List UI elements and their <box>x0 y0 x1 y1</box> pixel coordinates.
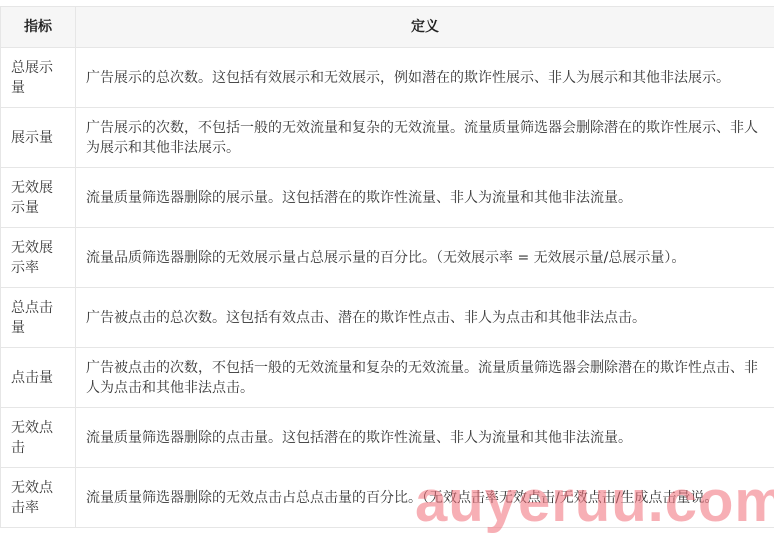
definition-cell: 流量质量筛选器删除的无效点击占总点击量的百分比。（无效点击率无效点击/无效点击/… <box>76 468 774 528</box>
metric-cell: 无效展示率 <box>1 228 76 288</box>
table-row: 展示量 广告展示的次数，不包括一般的无效流量和复杂的无效流量。流量质量筛选器会删… <box>1 108 774 168</box>
table-row: 无效点击率 流量质量筛选器删除的无效点击占总点击量的百分比。（无效点击率无效点击… <box>1 468 774 528</box>
table-row: 点击量 广告被点击的次数，不包括一般的无效流量和复杂的无效流量。流量质量筛选器会… <box>1 348 774 408</box>
definition-cell: 流量质量筛选器删除的展示量。这包括潜在的欺诈性流量、非人为流量和其他非法流量。 <box>76 168 774 228</box>
definitions-table-container: 指标 定义 总展示量 广告展示的总次数。这包括有效展示和无效展示，例如潜在的欺诈… <box>0 6 774 528</box>
metric-cell: 总展示量 <box>1 48 76 108</box>
definition-cell: 广告被点击的次数，不包括一般的无效流量和复杂的无效流量。流量质量筛选器会删除潜在… <box>76 348 774 408</box>
definition-cell: 广告被点击的总次数。这包括有效点击、潜在的欺诈性点击、非人为点击和其他非法点击。 <box>76 288 774 348</box>
table-row: 总点击量 广告被点击的总次数。这包括有效点击、潜在的欺诈性点击、非人为点击和其他… <box>1 288 774 348</box>
metric-cell: 无效展示量 <box>1 168 76 228</box>
metric-cell: 总点击量 <box>1 288 76 348</box>
metric-cell: 点击量 <box>1 348 76 408</box>
definition-cell: 流量质量筛选器删除的点击量。这包括潜在的欺诈性流量、非人为流量和其他非法流量。 <box>76 408 774 468</box>
table-row: 无效点击 流量质量筛选器删除的点击量。这包括潜在的欺诈性流量、非人为流量和其他非… <box>1 408 774 468</box>
column-header-definition: 定义 <box>76 7 774 48</box>
metrics-definitions-table: 指标 定义 总展示量 广告展示的总次数。这包括有效展示和无效展示，例如潜在的欺诈… <box>0 6 774 528</box>
definition-cell: 流量品质筛选器删除的无效展示量占总展示量的百分比。（无效展示率 = 无效展示量/… <box>76 228 774 288</box>
definition-cell: 广告展示的次数，不包括一般的无效流量和复杂的无效流量。流量质量筛选器会删除潜在的… <box>76 108 774 168</box>
table-row: 总展示量 广告展示的总次数。这包括有效展示和无效展示，例如潜在的欺诈性展示、非人… <box>1 48 774 108</box>
table-header-row: 指标 定义 <box>1 7 774 48</box>
column-header-metric: 指标 <box>1 7 76 48</box>
metric-cell: 无效点击率 <box>1 468 76 528</box>
table-row: 无效展示率 流量品质筛选器删除的无效展示量占总展示量的百分比。（无效展示率 = … <box>1 228 774 288</box>
table-row: 无效展示量 流量质量筛选器删除的展示量。这包括潜在的欺诈性流量、非人为流量和其他… <box>1 168 774 228</box>
definition-cell: 广告展示的总次数。这包括有效展示和无效展示，例如潜在的欺诈性展示、非人为展示和其… <box>76 48 774 108</box>
metric-cell: 无效点击 <box>1 408 76 468</box>
metric-cell: 展示量 <box>1 108 76 168</box>
